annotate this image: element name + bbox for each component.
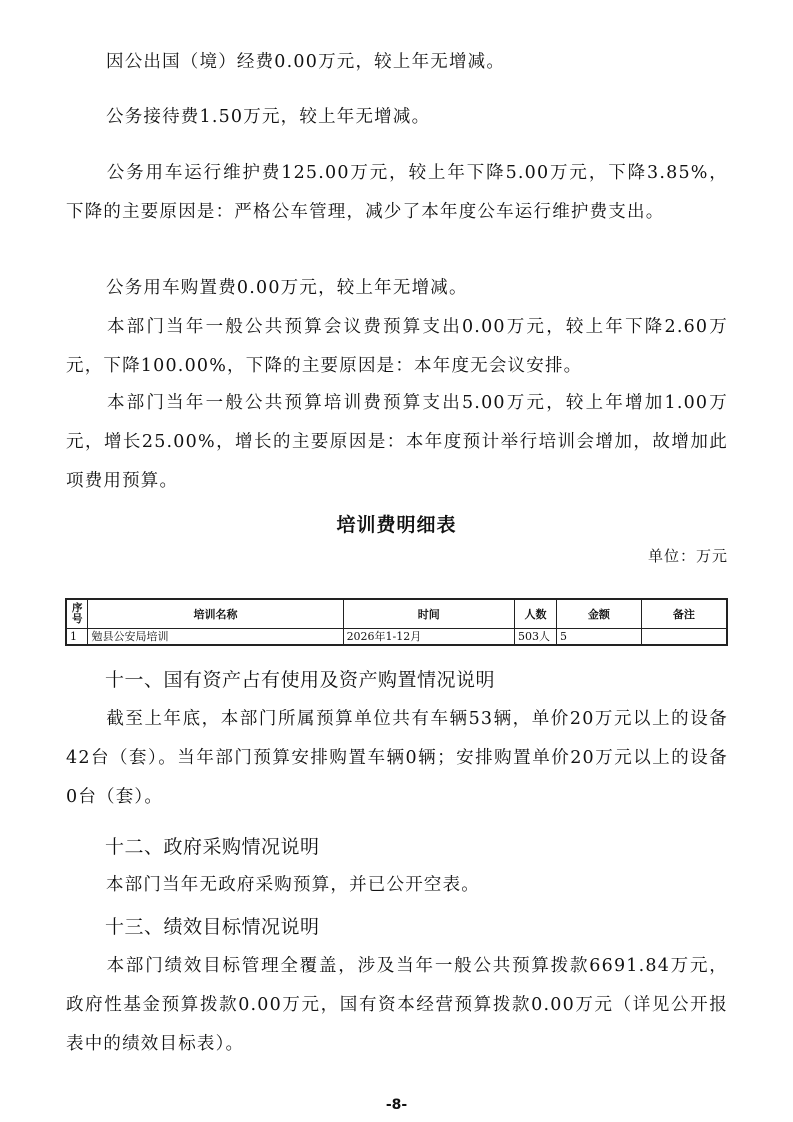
table-title: 培训费明细表 <box>0 510 793 537</box>
training-expense-table: 序号 培训名称 时间 人数 金额 备注 1 勉县公安局培训 2026年1-12月… <box>65 598 728 646</box>
paragraph-overseas-expense: 因公出国（境）经费0.00万元，较上年无增减。 <box>66 43 728 82</box>
header-time: 时间 <box>343 599 514 629</box>
paragraph-vehicle-purchase: 公务用车购置费0.00万元，较上年无增减。 <box>66 269 728 308</box>
table-unit: 单位：万元 <box>648 545 728 566</box>
table-header-row: 序号 培训名称 时间 人数 金额 备注 <box>66 599 727 629</box>
cell-people: 503人 <box>515 629 557 646</box>
paragraph-performance: 本部门绩效目标管理全覆盖，涉及当年一般公共预算拨款6691.84万元，政府性基金… <box>66 947 728 1064</box>
cell-name: 勉县公安局培训 <box>88 629 343 646</box>
paragraph-vehicle-maintenance: 公务用车运行维护费125.00万元，较上年下降5.00万元，下降3.85%，下降… <box>66 154 728 232</box>
header-amount: 金额 <box>556 599 641 629</box>
section-heading-assets: 十一、国有资产占有使用及资产购置情况说明 <box>105 665 495 692</box>
table-row: 1 勉县公安局培训 2026年1-12月 503人 5 <box>66 629 727 646</box>
paragraph-assets: 截至上年底，本部门所属预算单位共有车辆53辆，单价20万元以上的设备42台（套）… <box>66 700 728 817</box>
cell-time: 2026年1-12月 <box>343 629 514 646</box>
section-heading-performance: 十三、绩效目标情况说明 <box>105 912 320 939</box>
section-heading-procurement: 十二、政府采购情况说明 <box>105 832 320 859</box>
paragraph-training-expense: 本部门当年一般公共预算培训费预算支出5.00万元，较上年增加1.00万元，增长2… <box>66 384 728 501</box>
header-name: 培训名称 <box>88 599 343 629</box>
paragraph-meeting-expense: 本部门当年一般公共预算会议费预算支出0.00万元，较上年下降2.60万元，下降1… <box>66 308 728 386</box>
cell-amount: 5 <box>556 629 641 646</box>
paragraph-reception-expense: 公务接待费1.50万元，较上年无增减。 <box>66 98 728 137</box>
header-seq: 序号 <box>66 599 88 629</box>
cell-seq: 1 <box>66 629 88 646</box>
header-remark: 备注 <box>641 599 727 629</box>
paragraph-procurement: 本部门当年无政府采购预算，并已公开空表。 <box>66 866 728 905</box>
cell-remark <box>641 629 727 646</box>
header-people: 人数 <box>515 599 557 629</box>
page-number: -8- <box>0 1097 793 1113</box>
